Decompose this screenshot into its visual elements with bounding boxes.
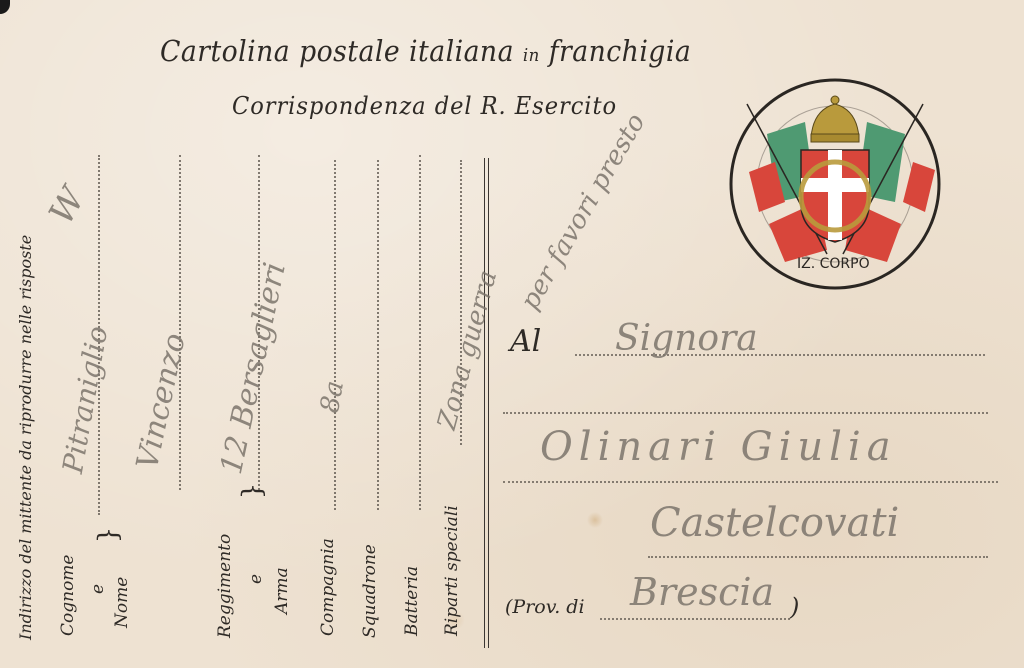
brace-name: } (95, 527, 121, 544)
scan-corner (0, 0, 10, 14)
stamp-coat-of-arms: IZ. CORPO (727, 74, 947, 294)
handwriting-mark: W (41, 181, 93, 231)
handwriting-recipient-name: Olinari Giulia (540, 424, 897, 470)
label-e-1: e (88, 584, 108, 594)
address-line-4 (648, 556, 988, 558)
field-line-batteria (419, 155, 421, 510)
handwriting-sender-name: Pitraniglio (56, 323, 114, 475)
savoy-shield-icon (801, 150, 869, 242)
handwriting-regiment: 12 Bersaglieri (214, 259, 293, 477)
handwriting-recipient-title: Signora (615, 318, 758, 359)
sender-address-note: Indirizzo del mittente da riprodurre nel… (16, 235, 35, 640)
province-label: (Prov. di (505, 596, 585, 618)
title-end: franchigia (549, 34, 691, 68)
label-arma: Arma (272, 567, 292, 614)
card-title: Cartolina postale italiana in franchigia (160, 34, 691, 68)
title-main: Cartolina postale italiana (160, 34, 514, 68)
handwriting-sender-surname: Vincenzo (130, 330, 193, 472)
address-line-2 (503, 412, 988, 414)
address-prefix: Al (510, 324, 541, 359)
handwriting-special-units: Zona guerra (432, 267, 503, 433)
title-in: in (523, 45, 540, 66)
postmark-text: IZ. CORPO (797, 256, 870, 272)
label-e-2: e (246, 574, 266, 584)
handwriting-note: per favori presto (515, 109, 652, 315)
handwriting-province: Brescia (630, 570, 774, 614)
handwriting-company: 8a (315, 378, 350, 415)
label-batteria: Batteria (402, 566, 422, 636)
province-line (600, 618, 790, 620)
label-reggimento: Reggimento (215, 534, 235, 638)
flag-red-right-top (903, 162, 935, 212)
label-cognome: Cognome (58, 555, 78, 637)
label-compagnia: Compagnia (318, 538, 338, 636)
crown-icon (811, 96, 859, 142)
province-close: ) (790, 593, 799, 621)
postcard: Cartolina postale italiana in franchigia… (0, 0, 1024, 668)
field-line-compagnia (334, 160, 336, 510)
label-riparti-speciali: Riparti speciali (442, 505, 462, 636)
vertical-divider (484, 158, 489, 648)
field-line-squadrone (377, 160, 379, 510)
label-squadrone: Squadrone (360, 544, 380, 638)
label-nome: Nome (112, 577, 132, 628)
card-subtitle: Corrispondenza del R. Esercito (232, 92, 617, 120)
brace-regiment: } (239, 483, 265, 500)
handwriting-town: Castelcovati (650, 500, 899, 546)
address-line-3 (503, 481, 998, 483)
field-line-nome (179, 155, 181, 490)
